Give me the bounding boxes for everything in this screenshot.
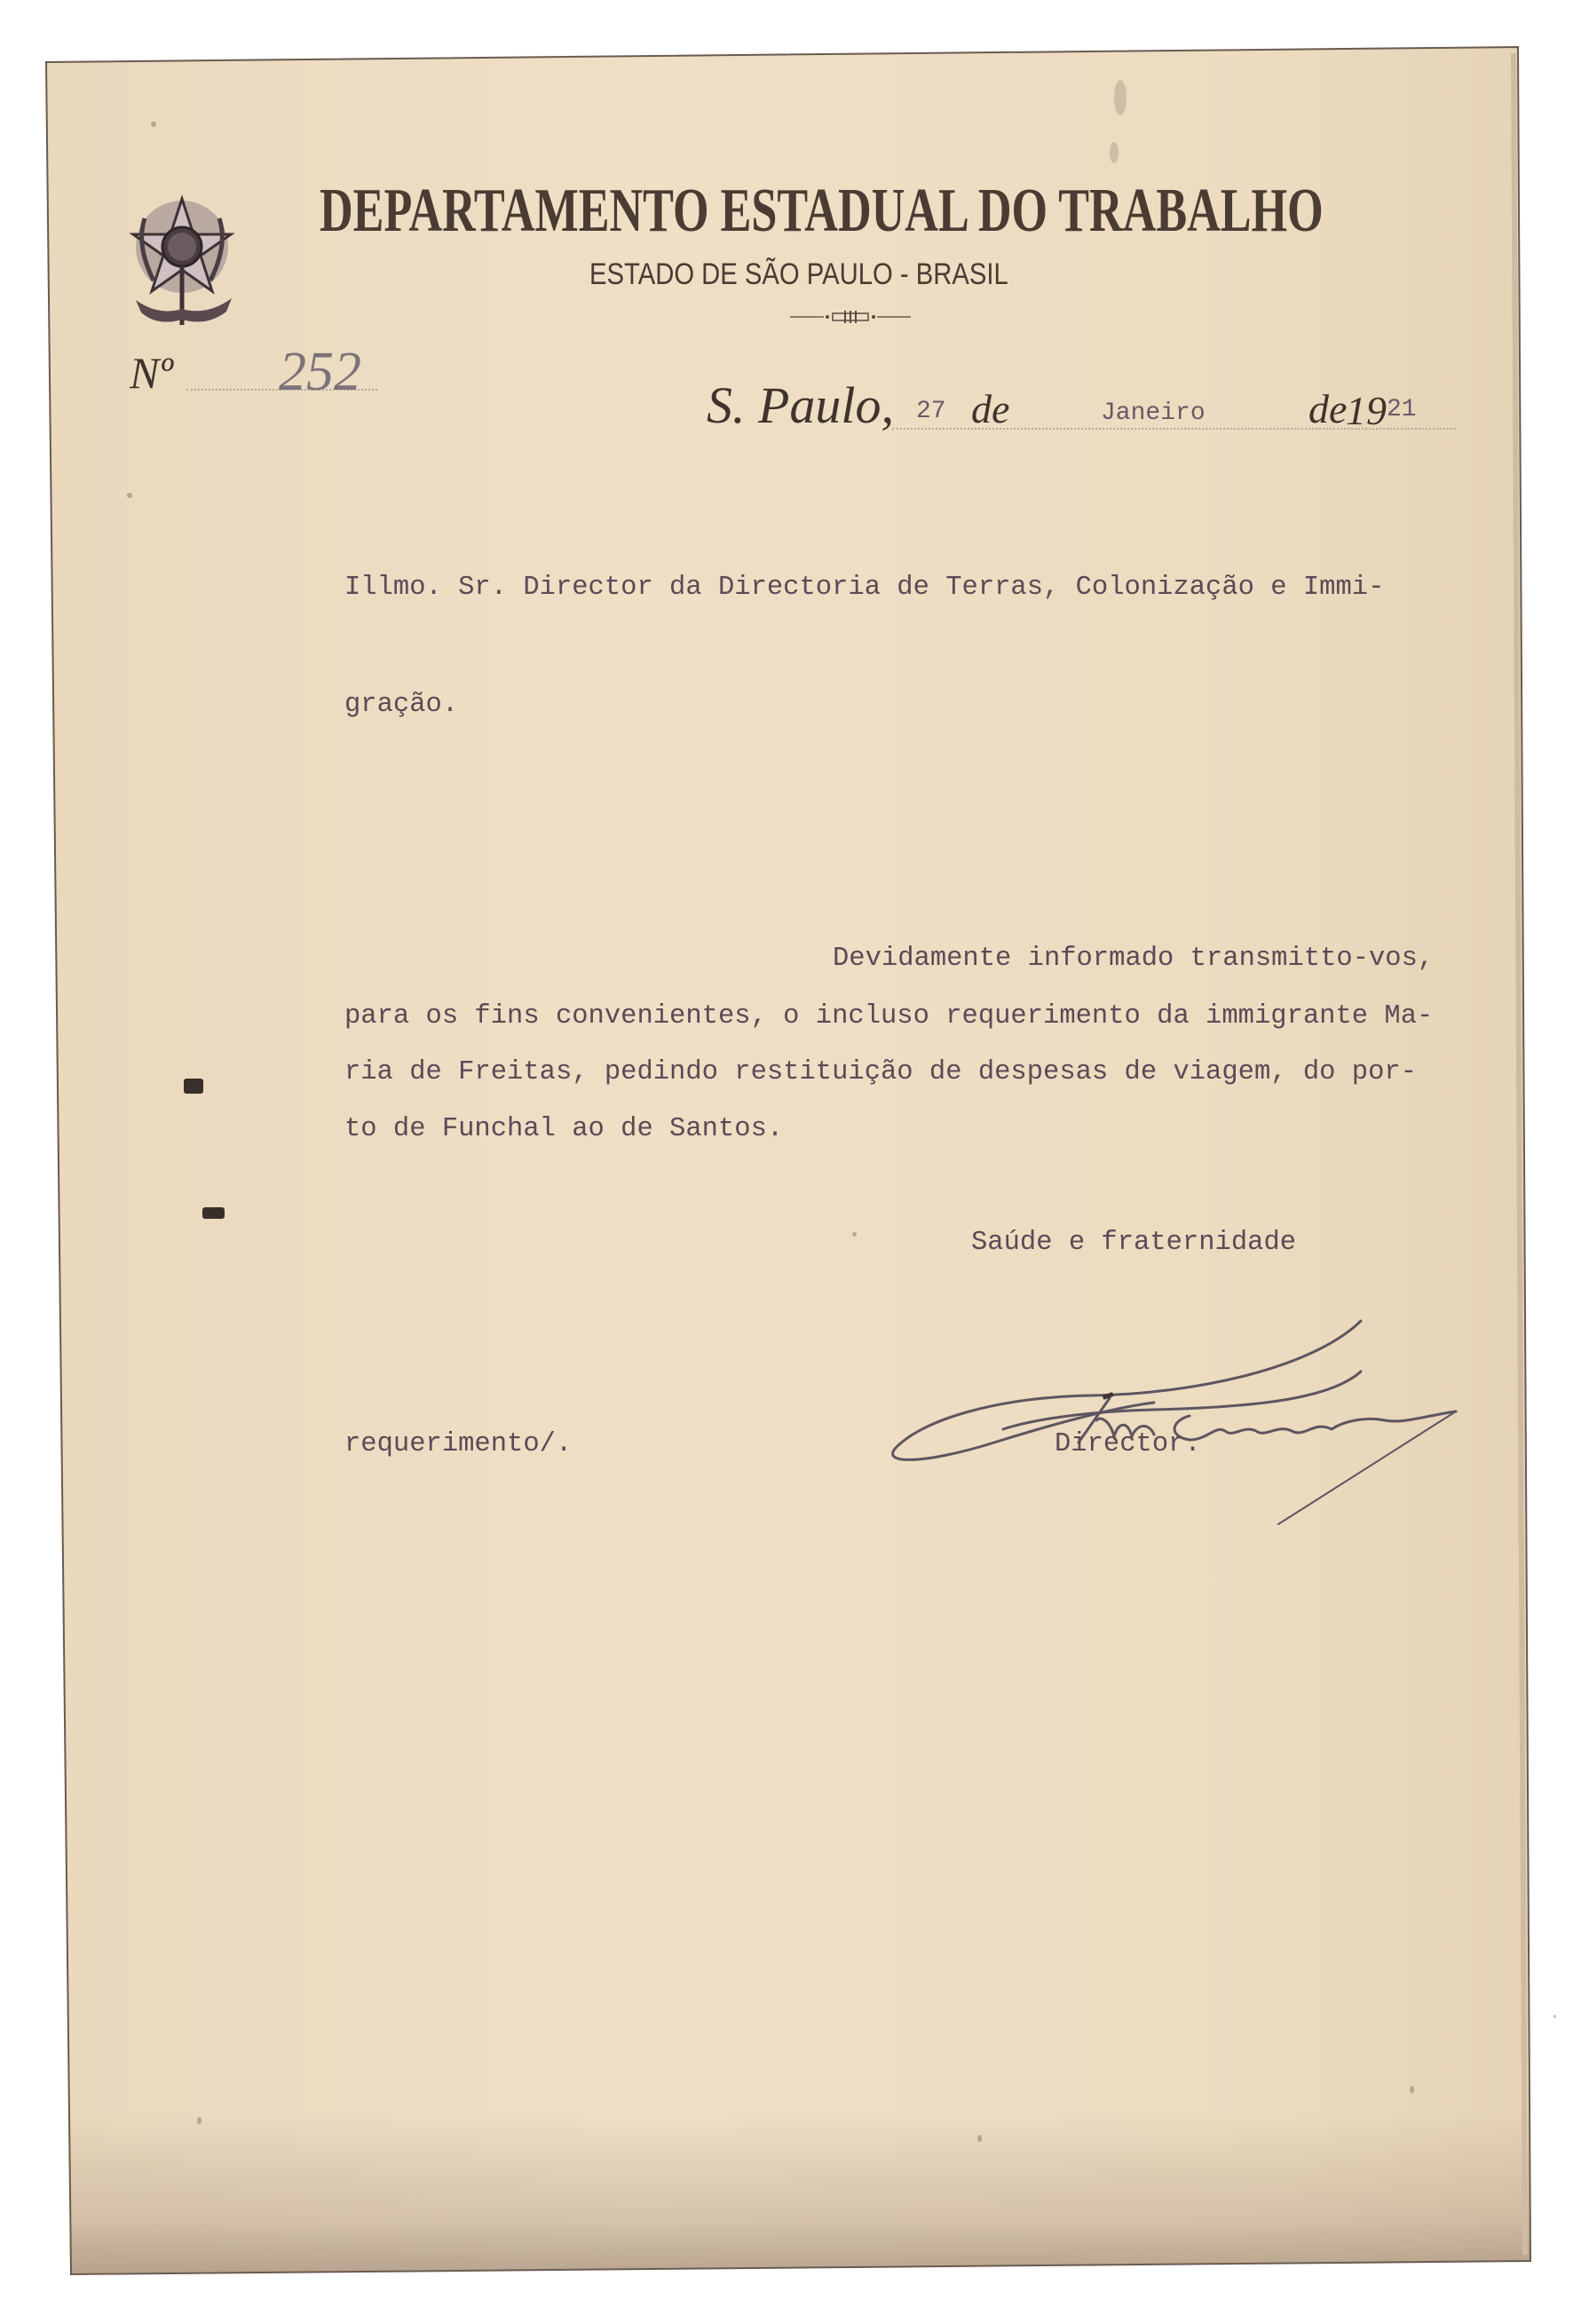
signatory-title: Director. xyxy=(1055,1431,1201,1458)
paper-speck xyxy=(1114,80,1127,115)
paper-speck xyxy=(127,493,132,498)
paper-speck xyxy=(1553,2015,1556,2018)
paper-speck xyxy=(977,2135,982,2142)
margin-mark xyxy=(184,1079,203,1094)
paper-speck xyxy=(1410,2086,1414,2093)
handwritten-signature xyxy=(0,0,1589,2324)
paper-speck xyxy=(197,2117,202,2124)
paper-speck xyxy=(852,1232,857,1237)
paper-speck xyxy=(1110,142,1119,163)
paper-speck xyxy=(151,122,156,127)
margin-mark xyxy=(202,1207,225,1219)
